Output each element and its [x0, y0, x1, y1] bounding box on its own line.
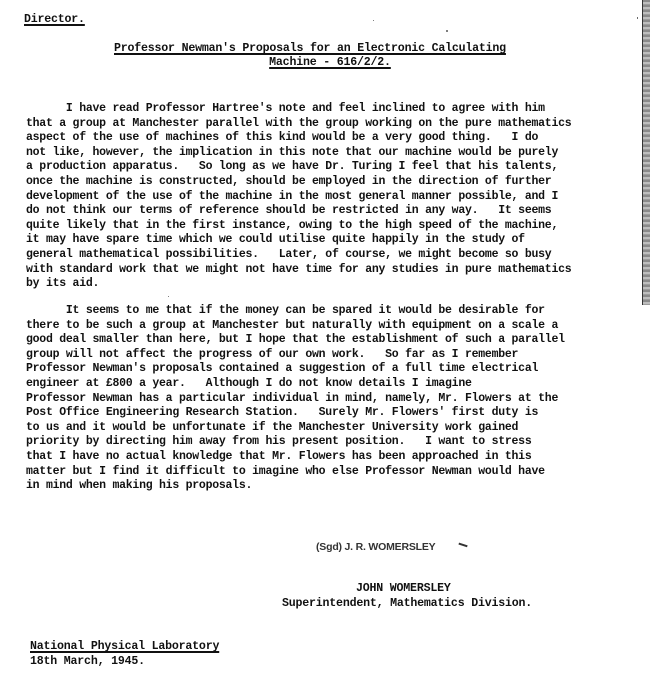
text-line: priority by directing him away from his …: [26, 435, 565, 450]
text-line: Professor Newman's proposals contained a…: [26, 362, 565, 377]
text-line: to us and it would be unfortunate if the…: [26, 421, 565, 436]
text-line: good deal smaller than here, but I hope …: [26, 333, 565, 348]
title-line-1: Professor Newman's Proposals for an Elec…: [114, 42, 506, 57]
text-line: there to be such a group at Manchester b…: [26, 319, 565, 334]
title-line-2: Machine - 616/2/2.: [0, 56, 650, 71]
text-line: Professor Newman has a particular indivi…: [26, 392, 565, 407]
text-line: it may have spare time which we could ut…: [26, 233, 571, 248]
text-line: Post Office Engineering Research Station…: [26, 406, 565, 421]
paragraph-1: I have read Professor Hartree's note and…: [26, 102, 571, 292]
text-line: that a group at Manchester parallel with…: [26, 117, 571, 132]
title-line-2-text: Machine - 616/2/2.: [269, 56, 391, 69]
text-line: not like, however, the implication in th…: [26, 146, 571, 161]
signature-stamp: (Sgd) J. R. WOMERSLEY: [316, 540, 435, 555]
text-line: It seems to me that if the money can be …: [26, 304, 565, 319]
scan-edge: [642, 0, 650, 305]
text-line: a production apparatus. So long as we ha…: [26, 160, 571, 175]
text-line: general mathematical possibilities. Late…: [26, 248, 571, 263]
text-line: in mind when making his proposals.: [26, 479, 565, 494]
signatory-name: JOHN WOMERSLEY: [356, 582, 451, 597]
paragraph-2: It seems to me that if the money can be …: [26, 304, 565, 494]
text-line: that I have no actual knowledge that Mr.…: [26, 450, 565, 465]
document-date: 18th March, 1945.: [30, 655, 145, 670]
organization: National Physical Laboratory: [30, 640, 219, 655]
scan-speck: [446, 30, 448, 32]
document-page: Director. Professor Newman's Proposals f…: [0, 0, 650, 681]
scan-speck: [637, 17, 638, 19]
signatory-title: Superintendent, Mathematics Division.: [282, 597, 532, 612]
text-line: once the machine is constructed, should …: [26, 175, 571, 190]
text-line: quite likely that in the first instance,…: [26, 219, 571, 234]
text-line: matter but I find it difficult to imagin…: [26, 465, 565, 480]
scan-speck: [373, 20, 374, 21]
signature-mark: [458, 540, 468, 548]
text-line: do not think our terms of reference shou…: [26, 204, 571, 219]
text-line: group will not affect the progress of ou…: [26, 348, 565, 363]
text-line: aspect of the use of machines of this ki…: [26, 131, 571, 146]
text-line: I have read Professor Hartree's note and…: [26, 102, 571, 117]
text-line: development of the use of the machine in…: [26, 190, 571, 205]
text-line: with standard work that we might not hav…: [26, 263, 571, 278]
text-line: by its aid.: [26, 277, 571, 292]
addressee: Director.: [24, 13, 85, 28]
scan-speck: [168, 296, 169, 297]
text-line: engineer at £800 a year. Although I do n…: [26, 377, 565, 392]
